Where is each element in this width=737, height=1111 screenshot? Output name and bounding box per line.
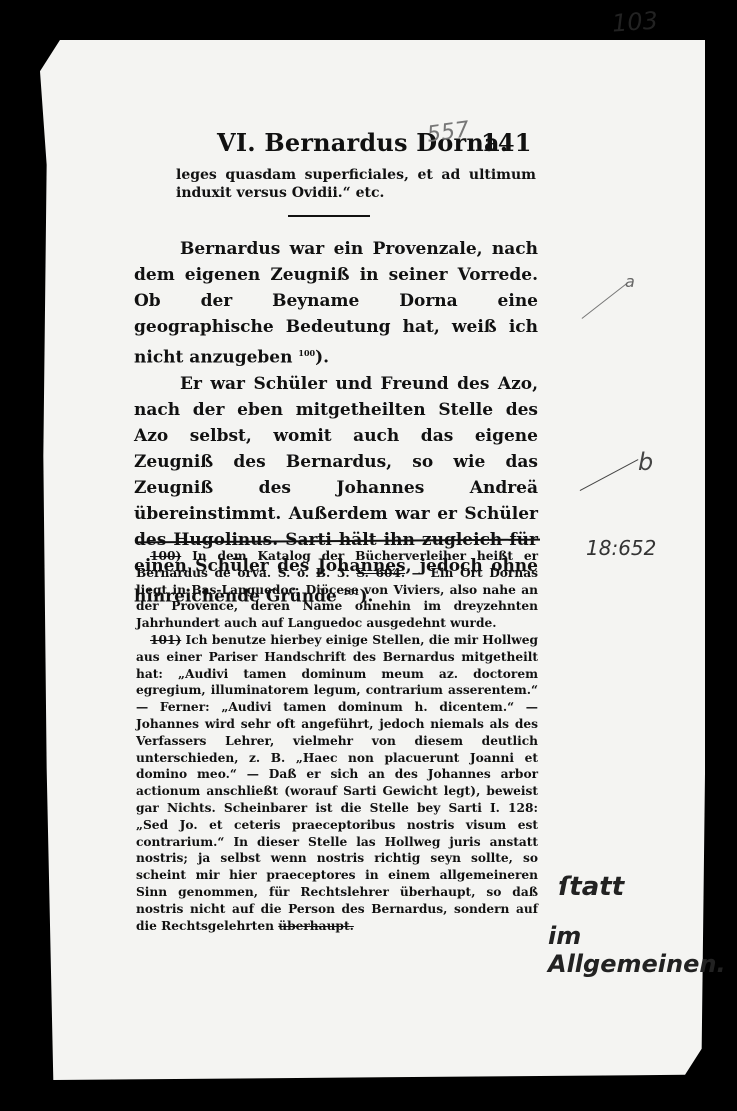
quote-continuation: leges quasdam superficiales, et ad ultim… [176,166,536,202]
shelf-reference: 18:652 [586,536,656,560]
footnote-marker: 101) [150,633,181,647]
page-number: 141 [481,128,532,157]
running-head: VI. Bernardus Dorna. 557 141 [217,128,547,157]
short-divider [288,215,370,217]
margin-mark-b: b [638,448,653,476]
margin-correction-line2: im Allgemeinen. [548,922,737,978]
struck-text: S. 604. [356,566,405,580]
paragraph-1: Bernardus war ein Provenzale, nach dem e… [134,236,538,371]
footnote-101: 101) Ich benutze hierbey einige Stellen,… [136,632,538,934]
footnotes: 100) In dem Katalog der Bücherverleiher … [136,548,538,934]
footnote-100: 100) In dem Katalog der Bücherverleiher … [136,548,538,632]
footnote-marker: 100) [150,549,181,563]
folio-number-handwritten: 103 [611,6,659,37]
margin-mark-a: a [625,272,635,291]
struck-text: überhaupt. [278,919,354,933]
footnote-ref-100: 100 [298,348,315,358]
margin-correction-line1: ſtatt [558,872,624,902]
